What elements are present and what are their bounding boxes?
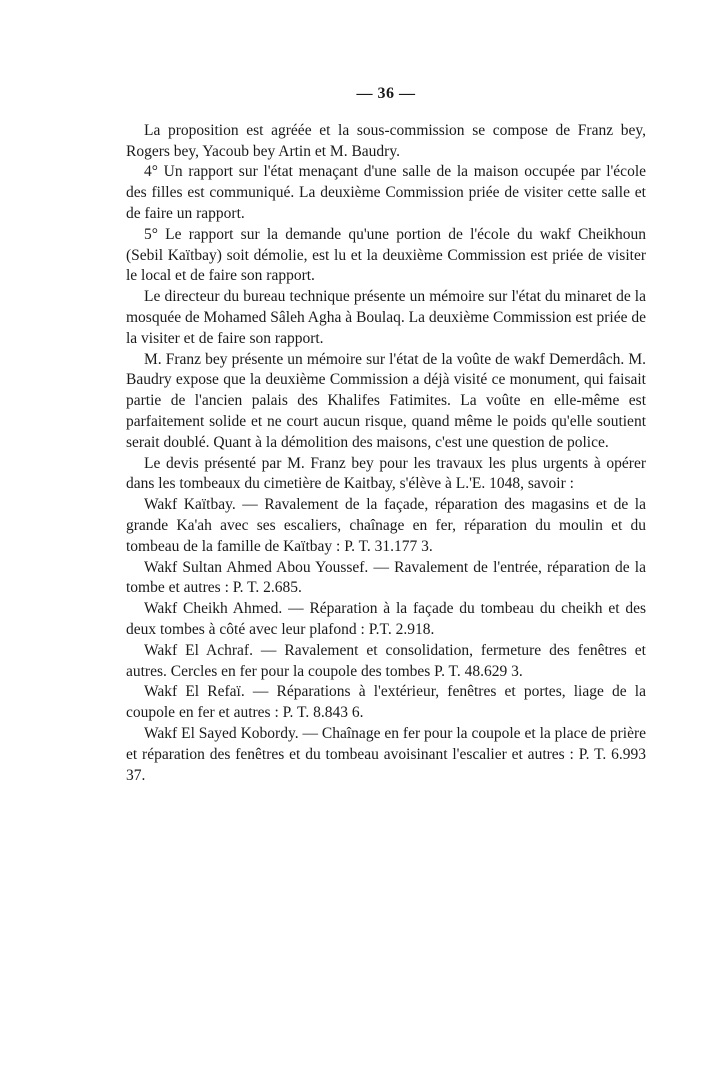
paragraph-item-4: 4° Un rapport sur l'état menaçant d'une … [126, 162, 646, 224]
paragraph-item-5: 5° Le rapport sur la demande qu'une port… [126, 225, 646, 287]
paragraph-wakf-el-sayed-kobordy: Wakf El Sayed Kobordy. — Chaînage en fer… [126, 724, 646, 786]
paragraph-subcommission: La proposition est agréée et la sous-com… [126, 121, 646, 163]
document-page: — 36 — La proposition est agréée et la s… [126, 84, 646, 786]
paragraph-wakf-sultan-ahmed: Wakf Sultan Ahmed Abou Youssef. — Ravale… [126, 558, 646, 600]
paragraph-wakf-el-refai: Wakf El Refaï. — Réparations à l'extérie… [126, 682, 646, 724]
paragraph-minaret: Le directeur du bureau technique présent… [126, 287, 646, 349]
paragraph-wakf-cheikh-ahmed: Wakf Cheikh Ahmed. — Réparation à la faç… [126, 599, 646, 641]
paragraph-wakf-el-achraf: Wakf El Achraf. — Ravalement et consolid… [126, 641, 646, 683]
paragraph-wakf-kaitbay: Wakf Kaïtbay. — Ravalement de la façade,… [126, 495, 646, 557]
page-number: — 36 — [126, 84, 646, 105]
paragraph-voute: M. Franz bey présente un mémoire sur l'é… [126, 350, 646, 454]
paragraph-devis: Le devis présenté par M. Franz bey pour … [126, 454, 646, 496]
